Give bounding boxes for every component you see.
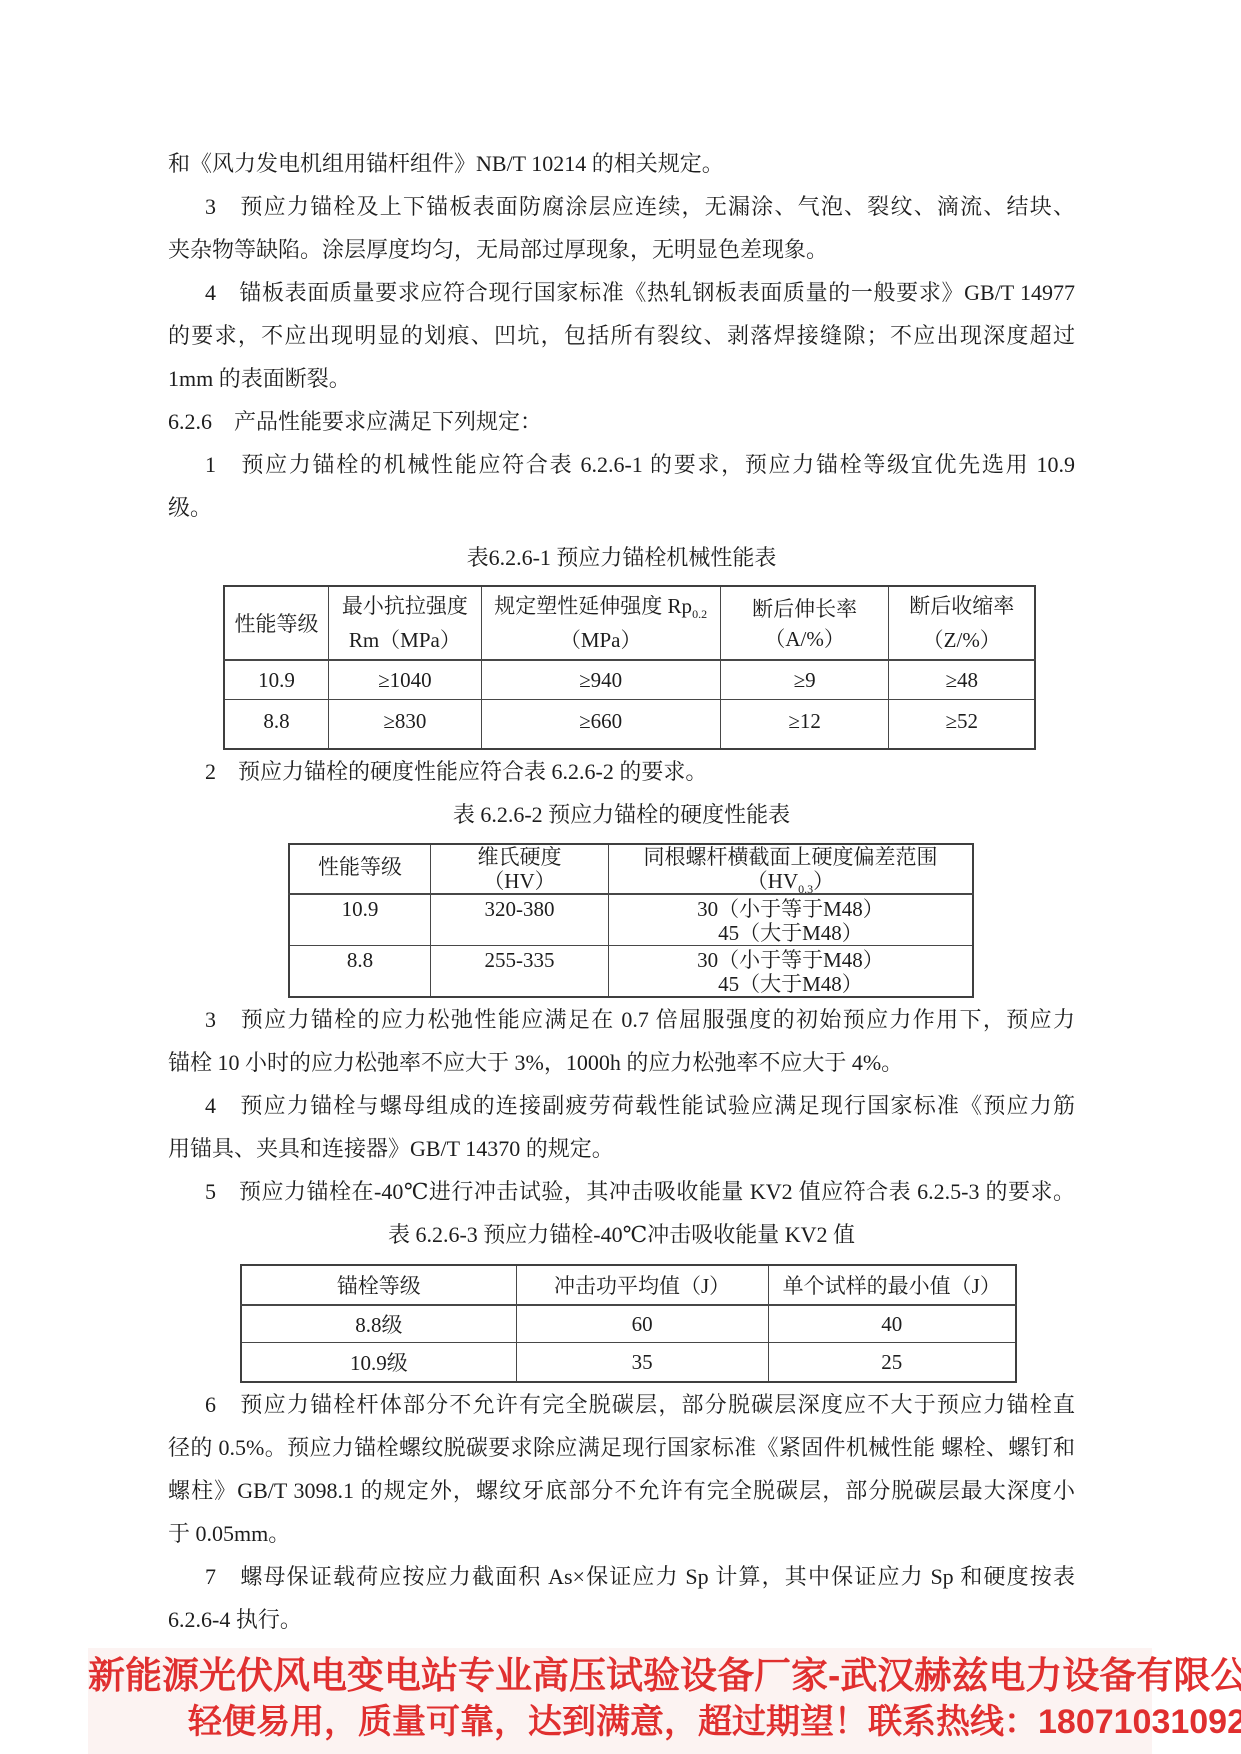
cell: 255-335 — [431, 946, 609, 998]
cell: ≥830 — [329, 700, 481, 750]
cell: 10.9 — [289, 894, 431, 946]
header-text: 同根螺杆横截面上硬度偏差范围 — [609, 845, 972, 869]
header-text: 最小抗拉强度 — [329, 589, 480, 623]
header-text: （HV） — [431, 869, 608, 893]
table-row: 10.9 320-380 30（小于等于M48） 45（大于M48） — [289, 894, 973, 946]
advert-company-line: 新能源光伏风电变电站专业高压试验设备厂家-武汉赫兹电力设备有限公司 — [88, 1654, 1152, 1698]
subscript: 0.3 — [798, 882, 813, 894]
cell-line: 45（大于M48） — [609, 972, 972, 996]
advert-footer-banner: 新能源光伏风电变电站专业高压试验设备厂家-武汉赫兹电力设备有限公司 轻便易用，质… — [88, 1648, 1152, 1754]
cell: 30（小于等于M48） 45（大于M48） — [608, 894, 973, 946]
header-text: （Z/%） — [889, 623, 1034, 657]
cell: 60 — [516, 1305, 768, 1343]
cell: 320-380 — [431, 894, 609, 946]
header-cell: 维氏硬度 （HV） — [431, 844, 609, 894]
cell: 10.9级 — [241, 1343, 516, 1383]
section-heading: 6.2.6 产品性能要求应满足下列规定： — [168, 400, 1075, 443]
header-cell: 断后伸长率（A/%） — [720, 586, 889, 660]
header-cell: 规定塑性延伸强度 Rp0.2 （MPa） — [481, 586, 720, 660]
table-caption: 表 6.2.6-2 预应力锚栓的硬度性能表 — [168, 793, 1075, 836]
header-text: 性能等级 — [290, 845, 430, 879]
advert-slogan-line: 轻便易用，质量可靠，达到满意，超过期望！ 联系热线：18071031092 — [88, 1702, 1152, 1742]
text-line: 4 锚板表面质量要求应符合现行国家标准《热轧钢板表面质量的一般要求》GB/T 1… — [168, 271, 1075, 314]
cell: 40 — [768, 1305, 1016, 1343]
cell: ≥1040 — [329, 660, 481, 700]
table-header-row: 锚栓等级 冲击功平均值（J） 单个试样的最小值（J） — [241, 1265, 1016, 1305]
cell: ≥660 — [481, 700, 720, 750]
table-caption: 表 6.2.6-3 预应力锚栓-40℃冲击吸收能量 KV2 值 — [168, 1213, 1075, 1256]
header-text: Rm（MPa） — [329, 623, 480, 657]
header-text-part: （HV — [747, 869, 798, 893]
text-line: 6.2.6-4 执行。 — [168, 1598, 1075, 1641]
table-row: 10.9级 35 25 — [241, 1343, 1016, 1383]
cell-line: 30（小于等于M48） — [609, 897, 972, 921]
cell-line: 45（大于M48） — [609, 921, 972, 945]
header-cell: 单个试样的最小值（J） — [768, 1265, 1016, 1305]
header-text-part: 规定塑性延伸强度 Rp — [494, 594, 692, 618]
text-line: 1mm 的表面断裂。 — [168, 357, 1075, 400]
header-cell: 冲击功平均值（J） — [516, 1265, 768, 1305]
cell: ≥48 — [889, 660, 1035, 700]
text-line: 2 预应力锚栓的硬度性能应符合表 6.2.6-2 的要求。 — [168, 750, 1075, 793]
header-cell: 性能等级 — [289, 844, 431, 894]
cell: ≥52 — [889, 700, 1035, 750]
header-text: （MPa） — [482, 623, 720, 657]
text-line: 3 预应力锚栓的应力松弛性能应满足在 0.7 倍屈服强度的初始预应力作用下，预应… — [168, 998, 1075, 1041]
header-cell: 最小抗拉强度 Rm（MPa） — [329, 586, 481, 660]
advert-hotline: 联系热线：18071031092 — [868, 1702, 1241, 1742]
cell: 30（小于等于M48） 45（大于M48） — [608, 946, 973, 998]
text-line: 级。 — [168, 486, 1075, 529]
cell: 25 — [768, 1343, 1016, 1383]
text-line: 夹杂物等缺陷。涂层厚度均匀，无局部过厚现象，无明显色差现象。 — [168, 228, 1075, 271]
cell-line: 30（小于等于M48） — [609, 948, 972, 972]
cell: 8.8 — [224, 700, 329, 750]
header-text: 维氏硬度 — [431, 845, 608, 869]
text-line: 7 螺母保证载荷应按应力截面积 As×保证应力 Sp 计算，其中保证应力 Sp … — [168, 1555, 1075, 1598]
cell: 8.8 — [289, 946, 431, 998]
text-line: 螺柱》GB/T 3098.1 的规定外，螺纹牙底部分不允许有完全脱碳层，部分脱碳… — [168, 1469, 1075, 1512]
text-line: 3 预应力锚栓及上下锚板表面防腐涂层应连续，无漏涂、气泡、裂纹、滴流、结块、 — [168, 185, 1075, 228]
cell: ≥940 — [481, 660, 720, 700]
table-row: 8.8 255-335 30（小于等于M48） 45（大于M48） — [289, 946, 973, 998]
text-line: 4 预应力锚栓与螺母组成的连接副疲劳荷载性能试验应满足现行国家标准《预应力筋 — [168, 1084, 1075, 1127]
header-text: 断后收缩率 — [889, 589, 1034, 623]
table-header-row: 性能等级 维氏硬度 （HV） 同根螺杆横截面上硬度偏差范围 （HV0.3） — [289, 844, 973, 894]
impact-energy-table: 锚栓等级 冲击功平均值（J） 单个试样的最小值（J） 8.8级 60 40 10… — [240, 1264, 1017, 1383]
header-text: 规定塑性延伸强度 Rp0.2 — [482, 589, 720, 623]
text-line: 径的 0.5%。预应力锚栓螺纹脱碳要求除应满足现行国家标准《紧固件机械性能 螺栓… — [168, 1426, 1075, 1469]
advert-slogan: 轻便易用，质量可靠，达到满意，超过期望！ — [188, 1702, 868, 1742]
table-row: 8.8 ≥830 ≥660 ≥12 ≥52 — [224, 700, 1035, 750]
cell: ≥12 — [720, 700, 889, 750]
table-caption: 表6.2.6-1 预应力锚栓机械性能表 — [168, 536, 1075, 579]
header-cell: 锚栓等级 — [241, 1265, 516, 1305]
table-header-row: 性能等级 最小抗拉强度 Rm（MPa） 规定塑性延伸强度 Rp0.2 （MPa）… — [224, 586, 1035, 660]
text-line: 锚栓 10 小时的应力松弛率不应大于 3%，1000h 的应力松弛率不应大于 4… — [168, 1041, 1075, 1084]
text-line: 于 0.05mm。 — [168, 1512, 1075, 1555]
cell: 8.8级 — [241, 1305, 516, 1343]
cell: 10.9 — [224, 660, 329, 700]
header-cell: 同根螺杆横截面上硬度偏差范围 （HV0.3） — [608, 844, 973, 894]
text-line: 用锚具、夹具和连接器》GB/T 14370 的规定。 — [168, 1127, 1075, 1170]
subscript: 0.2 — [692, 607, 707, 621]
header-text: （HV0.3） — [609, 869, 972, 893]
header-cell: 性能等级 — [224, 586, 329, 660]
text-line: 5 预应力锚栓在-40℃进行冲击试验，其冲击吸收能量 KV2 值应符合表 6.2… — [168, 1170, 1075, 1213]
header-text: 断后伸长率（A/%） — [752, 597, 857, 651]
text-line: 1 预应力锚栓的机械性能应符合表 6.2.6-1 的要求，预应力锚栓等级宜优先选… — [168, 443, 1075, 486]
header-text: 性能等级 — [235, 612, 319, 636]
header-text-part: ） — [813, 869, 834, 893]
mechanical-properties-table: 性能等级 最小抗拉强度 Rm（MPa） 规定塑性延伸强度 Rp0.2 （MPa）… — [223, 585, 1036, 750]
table-row: 10.9 ≥1040 ≥940 ≥9 ≥48 — [224, 660, 1035, 700]
document-page: 和《风力发电机组用锚杆组件》NB/T 10214 的相关规定。 3 预应力锚栓及… — [0, 0, 1241, 1754]
cell: 35 — [516, 1343, 768, 1383]
cell: ≥9 — [720, 660, 889, 700]
text-line: 6 预应力锚栓杆体部分不允许有完全脱碳层，部分脱碳层深度应不大于预应力锚栓直 — [168, 1383, 1075, 1426]
text-column: 和《风力发电机组用锚杆组件》NB/T 10214 的相关规定。 3 预应力锚栓及… — [168, 0, 1075, 1691]
text-line: 和《风力发电机组用锚杆组件》NB/T 10214 的相关规定。 — [168, 142, 1075, 185]
hardness-properties-table: 性能等级 维氏硬度 （HV） 同根螺杆横截面上硬度偏差范围 （HV0.3） 10… — [288, 843, 974, 998]
table-row: 8.8级 60 40 — [241, 1305, 1016, 1343]
text-line: 的要求，不应出现明显的划痕、凹坑，包括所有裂纹、剥落焊接缝隙；不应出现深度超过 — [168, 314, 1075, 357]
header-cell: 断后收缩率 （Z/%） — [889, 586, 1035, 660]
